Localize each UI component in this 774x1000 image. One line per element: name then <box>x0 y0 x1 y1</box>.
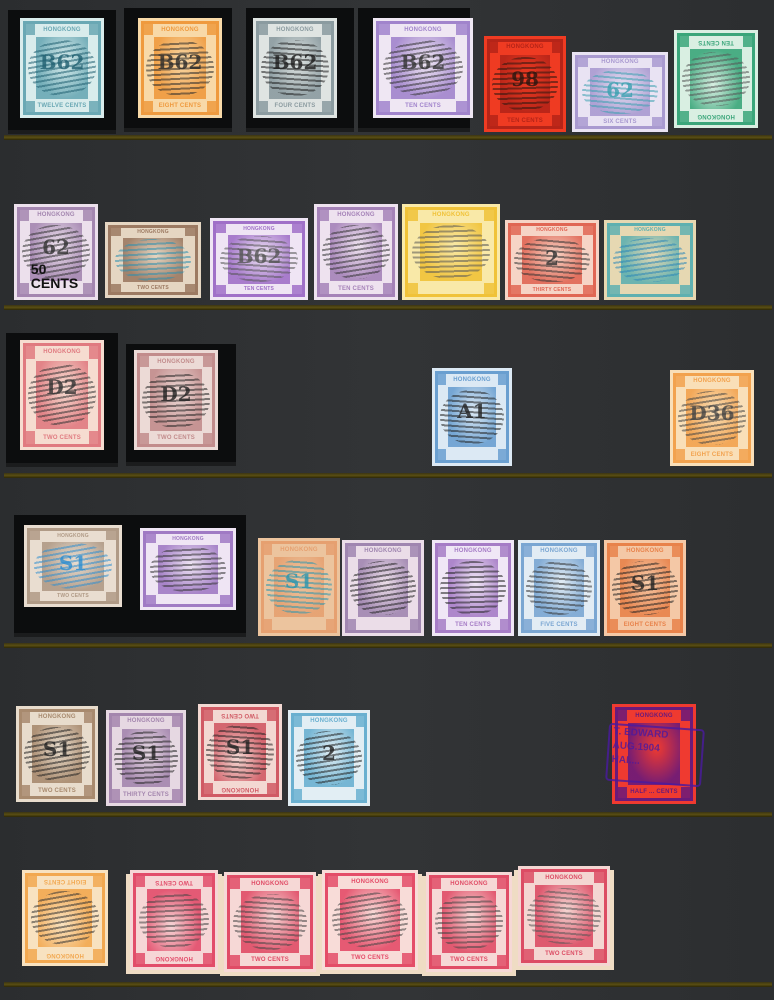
corner-ornament-icon <box>216 285 226 294</box>
corner-ornament-icon <box>22 712 30 723</box>
corner-ornament-icon <box>672 619 680 630</box>
stamp-country-label: HONGKONG <box>121 228 185 236</box>
corner-ornament-icon <box>185 284 195 292</box>
corner-ornament-icon <box>328 953 338 964</box>
corner-ornament-icon <box>511 285 521 294</box>
corner-ornament-icon <box>185 228 195 236</box>
stamp[interactable]: HONGKONG TWO CENTS <box>130 870 218 970</box>
stamp[interactable]: HONGKONG THIRTY CENTS2 <box>505 220 599 300</box>
stamp-country-label: HONGKONG <box>534 872 595 883</box>
corner-ornament-icon <box>739 376 748 387</box>
stamp[interactable]: HONGKONG TWO CENTS <box>322 870 418 970</box>
postmark-cancel <box>31 891 100 945</box>
corner-ornament-icon <box>618 787 627 798</box>
stamp[interactable]: HONGKONG TWO CENTSD2 <box>134 350 218 450</box>
stamp[interactable]: HONGKONG TWO CENTSD2 <box>20 340 104 450</box>
postmark-cancel <box>440 561 506 615</box>
corner-ornament-icon <box>106 531 116 540</box>
stamp[interactable]: HONGKONG EIGHT CENTS <box>22 870 108 966</box>
corner-ornament-icon <box>20 283 29 294</box>
corner-ornament-icon <box>743 111 752 122</box>
corner-ornament-icon <box>111 284 121 292</box>
postmark-number: B62 <box>253 50 337 74</box>
postmark-number: 2 <box>288 741 370 765</box>
postmark-number: B62 <box>373 50 473 74</box>
corner-ornament-icon <box>348 619 356 630</box>
postmark-number: S1 <box>198 735 282 759</box>
stamp-value-label: HALF ... CENTS <box>627 787 682 798</box>
corner-ornament-icon <box>610 619 618 630</box>
strip-divider <box>4 305 772 310</box>
corner-ornament-icon <box>204 783 213 794</box>
stamp-value-label: TEN CENTS <box>226 285 291 294</box>
corner-ornament-icon <box>438 619 446 630</box>
stamp-value-label <box>620 285 681 294</box>
corner-ornament-icon <box>511 226 521 235</box>
corner-ornament-icon <box>322 24 331 35</box>
stamp-country-label: HONGKONG <box>627 710 682 721</box>
corner-ornament-icon <box>578 58 588 67</box>
strip-divider <box>4 135 772 140</box>
stamp[interactable]: HONGKONG FIVE CENTS <box>518 540 600 636</box>
corner-ornament-icon <box>680 285 690 294</box>
stamp-value-label <box>156 595 220 604</box>
corner-ornament-icon <box>583 226 593 235</box>
postmark-number: 62 <box>572 78 668 102</box>
corner-ornament-icon <box>739 449 748 460</box>
stamp-country-label: HONGKONG <box>35 24 90 35</box>
stamp-country-label: HONGKONG <box>620 226 681 235</box>
stamp-country-label: HONGKONG <box>418 210 483 221</box>
corner-ornament-icon <box>136 876 145 887</box>
corner-ornament-icon <box>89 101 98 112</box>
stamp[interactable]: HONGKONG EIGHT CENTSD36 <box>670 370 754 466</box>
stamp-country-label: HONGKONG <box>329 210 384 221</box>
corner-ornament-icon <box>652 117 662 126</box>
stamp[interactable]: HONGKONG EIGHT CENTSS1 <box>604 540 686 636</box>
corner-ornament-icon <box>484 283 494 294</box>
stamp-value-label: TWO CENTS <box>213 710 268 721</box>
stamp-country-label: HONGKONG <box>338 876 402 887</box>
corner-ornament-icon <box>438 449 446 460</box>
corner-ornament-icon <box>410 546 418 557</box>
stamp[interactable]: HONGKONG EIGHT CENTSB62 <box>138 18 222 118</box>
stamp-country-label: HONGKONG <box>588 58 652 67</box>
corner-ornament-icon <box>379 24 390 35</box>
postmark-cancel <box>527 888 601 944</box>
postmark-number: B62 <box>210 244 308 268</box>
stamp[interactable]: HONGKONG <box>140 528 236 610</box>
stamp-value-label <box>356 619 409 630</box>
stamp[interactable]: HONGKONG TWO CENTSS1 <box>198 704 282 800</box>
strip-divider <box>4 473 772 478</box>
stamp[interactable]: HONGKONG <box>342 540 424 636</box>
corner-ornament-icon <box>112 789 120 800</box>
stamp-country-label: HONGKONG <box>149 356 204 367</box>
corner-ornament-icon <box>203 953 212 964</box>
corner-ornament-icon <box>207 101 216 112</box>
stamp-value-label: EIGHT CENTS <box>618 619 671 630</box>
postmark-number: 2 <box>505 246 599 270</box>
stamp-value-label: TWO CENTS <box>441 955 497 966</box>
corner-ornament-icon <box>30 531 40 540</box>
postmark-number: S1 <box>24 551 122 575</box>
corner-ornament-icon <box>203 433 212 444</box>
corner-ornament-icon <box>112 716 120 727</box>
corner-ornament-icon <box>264 619 272 630</box>
corner-ornament-icon <box>26 431 35 444</box>
corner-ornament-icon <box>552 42 560 53</box>
stamp-country-label: HONGKONG <box>120 716 172 727</box>
corner-ornament-icon <box>498 374 506 385</box>
corner-ornament-icon <box>681 787 690 798</box>
corner-ornament-icon <box>432 878 441 889</box>
corner-ornament-icon <box>26 346 35 359</box>
stamp-value-label: EIGHT CENTS <box>37 876 93 887</box>
corner-ornament-icon <box>326 544 334 555</box>
stamp-country-label: HONGKONG <box>29 210 84 221</box>
postmark-number: D2 <box>134 382 218 406</box>
stamp[interactable]: HONGKONG TWO CENTSS1 <box>24 525 122 607</box>
corner-ornament-icon <box>456 101 467 112</box>
surcharge-overprint: 50 CENTS <box>31 262 91 290</box>
stock-page: HONGKONG TWELVE CENTSB62 HONGKONG EIGHT … <box>0 0 774 1000</box>
corner-ornament-icon <box>498 449 506 460</box>
corner-ornament-icon <box>328 876 338 887</box>
stamp-country-label: HONGKONG <box>35 346 90 359</box>
postmark-number: B62 <box>20 50 104 74</box>
stamp-country-label: HONGKONG <box>40 531 105 540</box>
corner-ornament-icon <box>140 356 149 367</box>
corner-ornament-icon <box>140 433 149 444</box>
corner-ornament-icon <box>438 374 446 385</box>
postmark-cancel <box>526 561 592 615</box>
stamp[interactable]: HONGKONG TEN CENTSB62 <box>373 18 473 118</box>
corner-ornament-icon <box>586 546 594 557</box>
corner-ornament-icon <box>267 710 276 721</box>
corner-ornament-icon <box>106 592 116 601</box>
corner-ornament-icon <box>586 619 594 630</box>
corner-ornament-icon <box>383 210 392 221</box>
stamp[interactable]: HONGKONG <box>604 220 696 300</box>
corner-ornament-icon <box>456 24 467 35</box>
stamp-country-label: HONGKONG <box>498 42 551 53</box>
corner-ornament-icon <box>111 228 121 236</box>
stamp-country-label: HONGKONG <box>356 546 409 557</box>
corner-ornament-icon <box>264 544 272 555</box>
stamp[interactable]: HONGKONG TWO CENTS <box>224 872 316 972</box>
stamp[interactable]: HONGKONG SIX CENTS62 <box>572 52 668 132</box>
corner-ornament-icon <box>136 953 145 964</box>
corner-ornament-icon <box>259 101 268 112</box>
corner-ornament-icon <box>497 878 506 889</box>
stamp-country-label: HONGKONG <box>618 546 671 557</box>
corner-ornament-icon <box>89 431 98 444</box>
stamp[interactable]: HONGKONG TWO CENTS <box>426 872 512 972</box>
stamp[interactable]: HONGKONG TEN CENTS <box>432 540 514 636</box>
stamp-country-label: HONGKONG <box>302 716 355 727</box>
stamp-country-label: HONGKONG <box>153 24 208 35</box>
corner-ornament-icon <box>383 283 392 294</box>
stamp-country-label: HONGKONG <box>272 544 325 555</box>
postmark-number: S1 <box>258 569 340 593</box>
stamp-value-label: FOUR CENTS <box>268 101 323 112</box>
stamp[interactable]: HONGKONG HALF ... CENTST. EDWARDAUG.1904… <box>612 704 696 804</box>
stamp-country-label: HONGKONG <box>390 24 457 35</box>
corner-ornament-icon <box>484 210 494 221</box>
corner-ornament-icon <box>432 955 441 966</box>
stamp-country-label: HONGKONG <box>532 546 585 557</box>
postmark-cancel <box>682 52 749 107</box>
postmark-cancel <box>412 225 490 279</box>
corner-ornament-icon <box>610 226 620 235</box>
stamp-value-label: TWO CENTS <box>121 284 185 292</box>
corner-ornament-icon <box>220 595 230 604</box>
corner-ornament-icon <box>743 36 752 47</box>
postmark-number: D2 <box>20 375 104 399</box>
corner-ornament-icon <box>524 546 532 557</box>
corner-ornament-icon <box>144 24 153 35</box>
corner-ornament-icon <box>20 210 29 221</box>
corner-ornament-icon <box>594 949 604 960</box>
corner-ornament-icon <box>402 953 412 964</box>
corner-ornament-icon <box>408 283 418 294</box>
stamp[interactable]: HONGKONG THIRTY CENTSS1 <box>106 710 186 806</box>
corner-ornament-icon <box>84 785 92 796</box>
corner-ornament-icon <box>204 710 213 721</box>
corner-ornament-icon <box>524 949 534 960</box>
stamp-value-label: TEN CENTS <box>689 36 744 47</box>
postmark-cancel <box>139 892 209 948</box>
corner-ornament-icon <box>578 117 588 126</box>
corner-ornament-icon <box>172 716 180 727</box>
corner-ornament-icon <box>680 111 689 122</box>
corner-ornament-icon <box>490 42 498 53</box>
stamp-country-label: HONGKONG <box>145 953 203 964</box>
corner-ornament-icon <box>408 210 418 221</box>
stamp-value-label: SIX CENTS <box>588 117 652 126</box>
postmark-cancel <box>435 894 504 950</box>
postmark-number: 98 <box>484 67 566 91</box>
corner-ornament-icon <box>681 710 690 721</box>
stamp[interactable]: HONGKONG TEN CENTS98 <box>484 36 566 132</box>
corner-ornament-icon <box>89 24 98 35</box>
stamp-country-label: HONGKONG <box>268 24 323 35</box>
corner-ornament-icon <box>26 24 35 35</box>
corner-ornament-icon <box>497 955 506 966</box>
stamp-country-label: HONGKONG <box>441 878 497 889</box>
strip-divider <box>4 982 772 987</box>
stamp[interactable]: HONGKONG 6250 CENTS <box>14 204 98 300</box>
stamp[interactable]: HONGKONG TWELVE CENTSB62 <box>20 18 104 118</box>
corner-ornament-icon <box>22 785 30 796</box>
corner-ornament-icon <box>203 876 212 887</box>
corner-ornament-icon <box>83 210 92 221</box>
corner-ornament-icon <box>207 24 216 35</box>
corner-ornament-icon <box>610 285 620 294</box>
corner-ornament-icon <box>676 449 685 460</box>
strip-divider <box>4 643 772 648</box>
corner-ornament-icon <box>30 592 40 601</box>
stamp-value-label <box>418 283 483 294</box>
strip-divider <box>4 812 772 817</box>
stamp-value-label: TWO CENTS <box>40 592 105 601</box>
handstamp-cancel: T. EDWARDAUG.1904HAI.... <box>605 723 705 788</box>
corner-ornament-icon <box>292 285 302 294</box>
corner-ornament-icon <box>28 876 37 887</box>
stamp-value-label: TWO CENTS <box>338 953 402 964</box>
stamp-country-label: HONGKONG <box>240 878 301 889</box>
corner-ornament-icon <box>618 710 627 721</box>
stamp-value-label: TWO CENTS <box>149 433 204 444</box>
stamp[interactable]: HONGKONG TEN CENTS <box>314 204 398 300</box>
corner-ornament-icon <box>322 101 331 112</box>
corner-ornament-icon <box>379 101 390 112</box>
corner-ornament-icon <box>172 789 180 800</box>
corner-ornament-icon <box>438 546 446 557</box>
postmark-number: S1 <box>604 571 686 595</box>
stamp-value-label: EIGHT CENTS <box>153 101 208 112</box>
stamp[interactable]: HONGKONG TWO CENTS <box>105 222 201 298</box>
stamp-country-label: HONGKONG <box>446 374 498 385</box>
postmark-cancel <box>150 546 227 592</box>
corner-ornament-icon <box>144 101 153 112</box>
corner-ornament-icon <box>267 783 276 794</box>
stamp-value-label: TWELVE CENTS <box>35 101 90 112</box>
corner-ornament-icon <box>680 36 689 47</box>
corner-ornament-icon <box>203 356 212 367</box>
stamp-value-label: TEN CENTS <box>329 283 384 294</box>
corner-ornament-icon <box>500 546 508 557</box>
corner-ornament-icon <box>300 878 310 889</box>
corner-ornament-icon <box>216 224 226 233</box>
stamp-value-label: TWO CENTS <box>240 955 301 966</box>
corner-ornament-icon <box>300 955 310 966</box>
corner-ornament-icon <box>676 376 685 387</box>
stamp-value-label: TWO CENTS <box>534 949 595 960</box>
corner-ornament-icon <box>610 546 618 557</box>
postmark-cancel <box>350 561 416 615</box>
corner-ornament-icon <box>348 546 356 557</box>
stamp-value-label: THIRTY CENTS <box>521 285 583 294</box>
postmark-number: B62 <box>138 50 222 74</box>
corner-ornament-icon <box>500 619 508 630</box>
postmark-cancel <box>613 238 687 283</box>
corner-ornament-icon <box>594 872 604 883</box>
corner-ornament-icon <box>84 712 92 723</box>
stamp-value-label: TWO CENTS <box>35 431 90 444</box>
postmark-number: S1 <box>106 741 186 765</box>
stamp-country-label: HONGKONG <box>156 534 220 543</box>
stamp[interactable]: HONGKONG TWO CENTSS1 <box>16 706 98 802</box>
stamp-country-label: HONGKONG <box>213 783 268 794</box>
postmark-cancel <box>233 894 307 950</box>
stamp-country-label: HONGKONG <box>226 224 291 233</box>
corner-ornament-icon <box>320 210 329 221</box>
stamp-country-label: HONGKONG <box>446 546 499 557</box>
corner-ornament-icon <box>524 872 534 883</box>
stamp-value-label: TWO CENTS <box>30 785 83 796</box>
corner-ornament-icon <box>402 876 412 887</box>
postmark-cancel <box>322 225 389 279</box>
corner-ornament-icon <box>93 876 102 887</box>
stamp-country-label: HONGKONG <box>689 111 744 122</box>
corner-ornament-icon <box>89 346 98 359</box>
stamp-value-label: TWO CENTS <box>145 876 203 887</box>
corner-ornament-icon <box>230 955 240 966</box>
stamp-value-label: EIGHT CENTS <box>685 449 740 460</box>
corner-ornament-icon <box>294 789 302 800</box>
postmark-number: 62 <box>14 235 98 259</box>
corner-ornament-icon <box>230 878 240 889</box>
stamp[interactable]: HONGKONG A1 <box>432 368 512 466</box>
corner-ornament-icon <box>93 949 102 960</box>
corner-ornament-icon <box>292 224 302 233</box>
stamp-value-label <box>272 619 325 630</box>
corner-ornament-icon <box>652 58 662 67</box>
stamp-country-label: HONGKONG <box>521 226 583 235</box>
corner-ornament-icon <box>220 534 230 543</box>
corner-ornament-icon <box>326 619 334 630</box>
stamp-value-label: TEN CENTS <box>390 101 457 112</box>
corner-ornament-icon <box>524 619 532 630</box>
corner-ornament-icon <box>583 285 593 294</box>
stamp[interactable]: HONGKONG TEN CENTSB62 <box>210 218 308 300</box>
corner-ornament-icon <box>146 534 156 543</box>
corner-ornament-icon <box>320 283 329 294</box>
postmark-number: A1 <box>432 399 512 423</box>
stamp-value-label <box>446 449 498 460</box>
corner-ornament-icon <box>356 716 364 727</box>
corner-ornament-icon <box>680 226 690 235</box>
stamp-value-label: TEN CENTS <box>446 619 499 630</box>
postmark-number: D36 <box>670 401 754 425</box>
stamp-country-label: HONGKONG <box>685 376 740 387</box>
corner-ornament-icon <box>259 24 268 35</box>
stamp[interactable]: HONGKONG FOUR CENTSB62 <box>253 18 337 118</box>
stamp-country-label: HONGKONG <box>37 949 93 960</box>
corner-ornament-icon <box>552 115 560 126</box>
stamp[interactable]: HONGKONG TWO CENTS <box>518 866 610 966</box>
postmark-number: S1 <box>16 737 98 761</box>
corner-ornament-icon <box>356 789 364 800</box>
corner-ornament-icon <box>28 949 37 960</box>
corner-ornament-icon <box>672 546 680 557</box>
corner-ornament-icon <box>490 115 498 126</box>
stamp-value-label: FIVE CENTS <box>532 619 585 630</box>
postmark-cancel <box>332 892 409 948</box>
stamp-value-label: TEN CENTS <box>498 115 551 126</box>
corner-ornament-icon <box>26 101 35 112</box>
stamp-country-label: HONGKONG <box>30 712 83 723</box>
stamp[interactable]: HONGKONG S1 <box>258 538 340 636</box>
stamp-value-label: THIRTY CENTS <box>120 789 172 800</box>
corner-ornament-icon <box>146 595 156 604</box>
corner-ornament-icon <box>410 619 418 630</box>
corner-ornament-icon <box>294 716 302 727</box>
stamp[interactable]: HONGKONG TEN CENTS <box>674 30 758 128</box>
stamp[interactable]: HONGKONG 2 <box>288 710 370 806</box>
stamp-value-label <box>302 789 355 800</box>
stamp[interactable]: HONGKONG <box>402 204 500 300</box>
